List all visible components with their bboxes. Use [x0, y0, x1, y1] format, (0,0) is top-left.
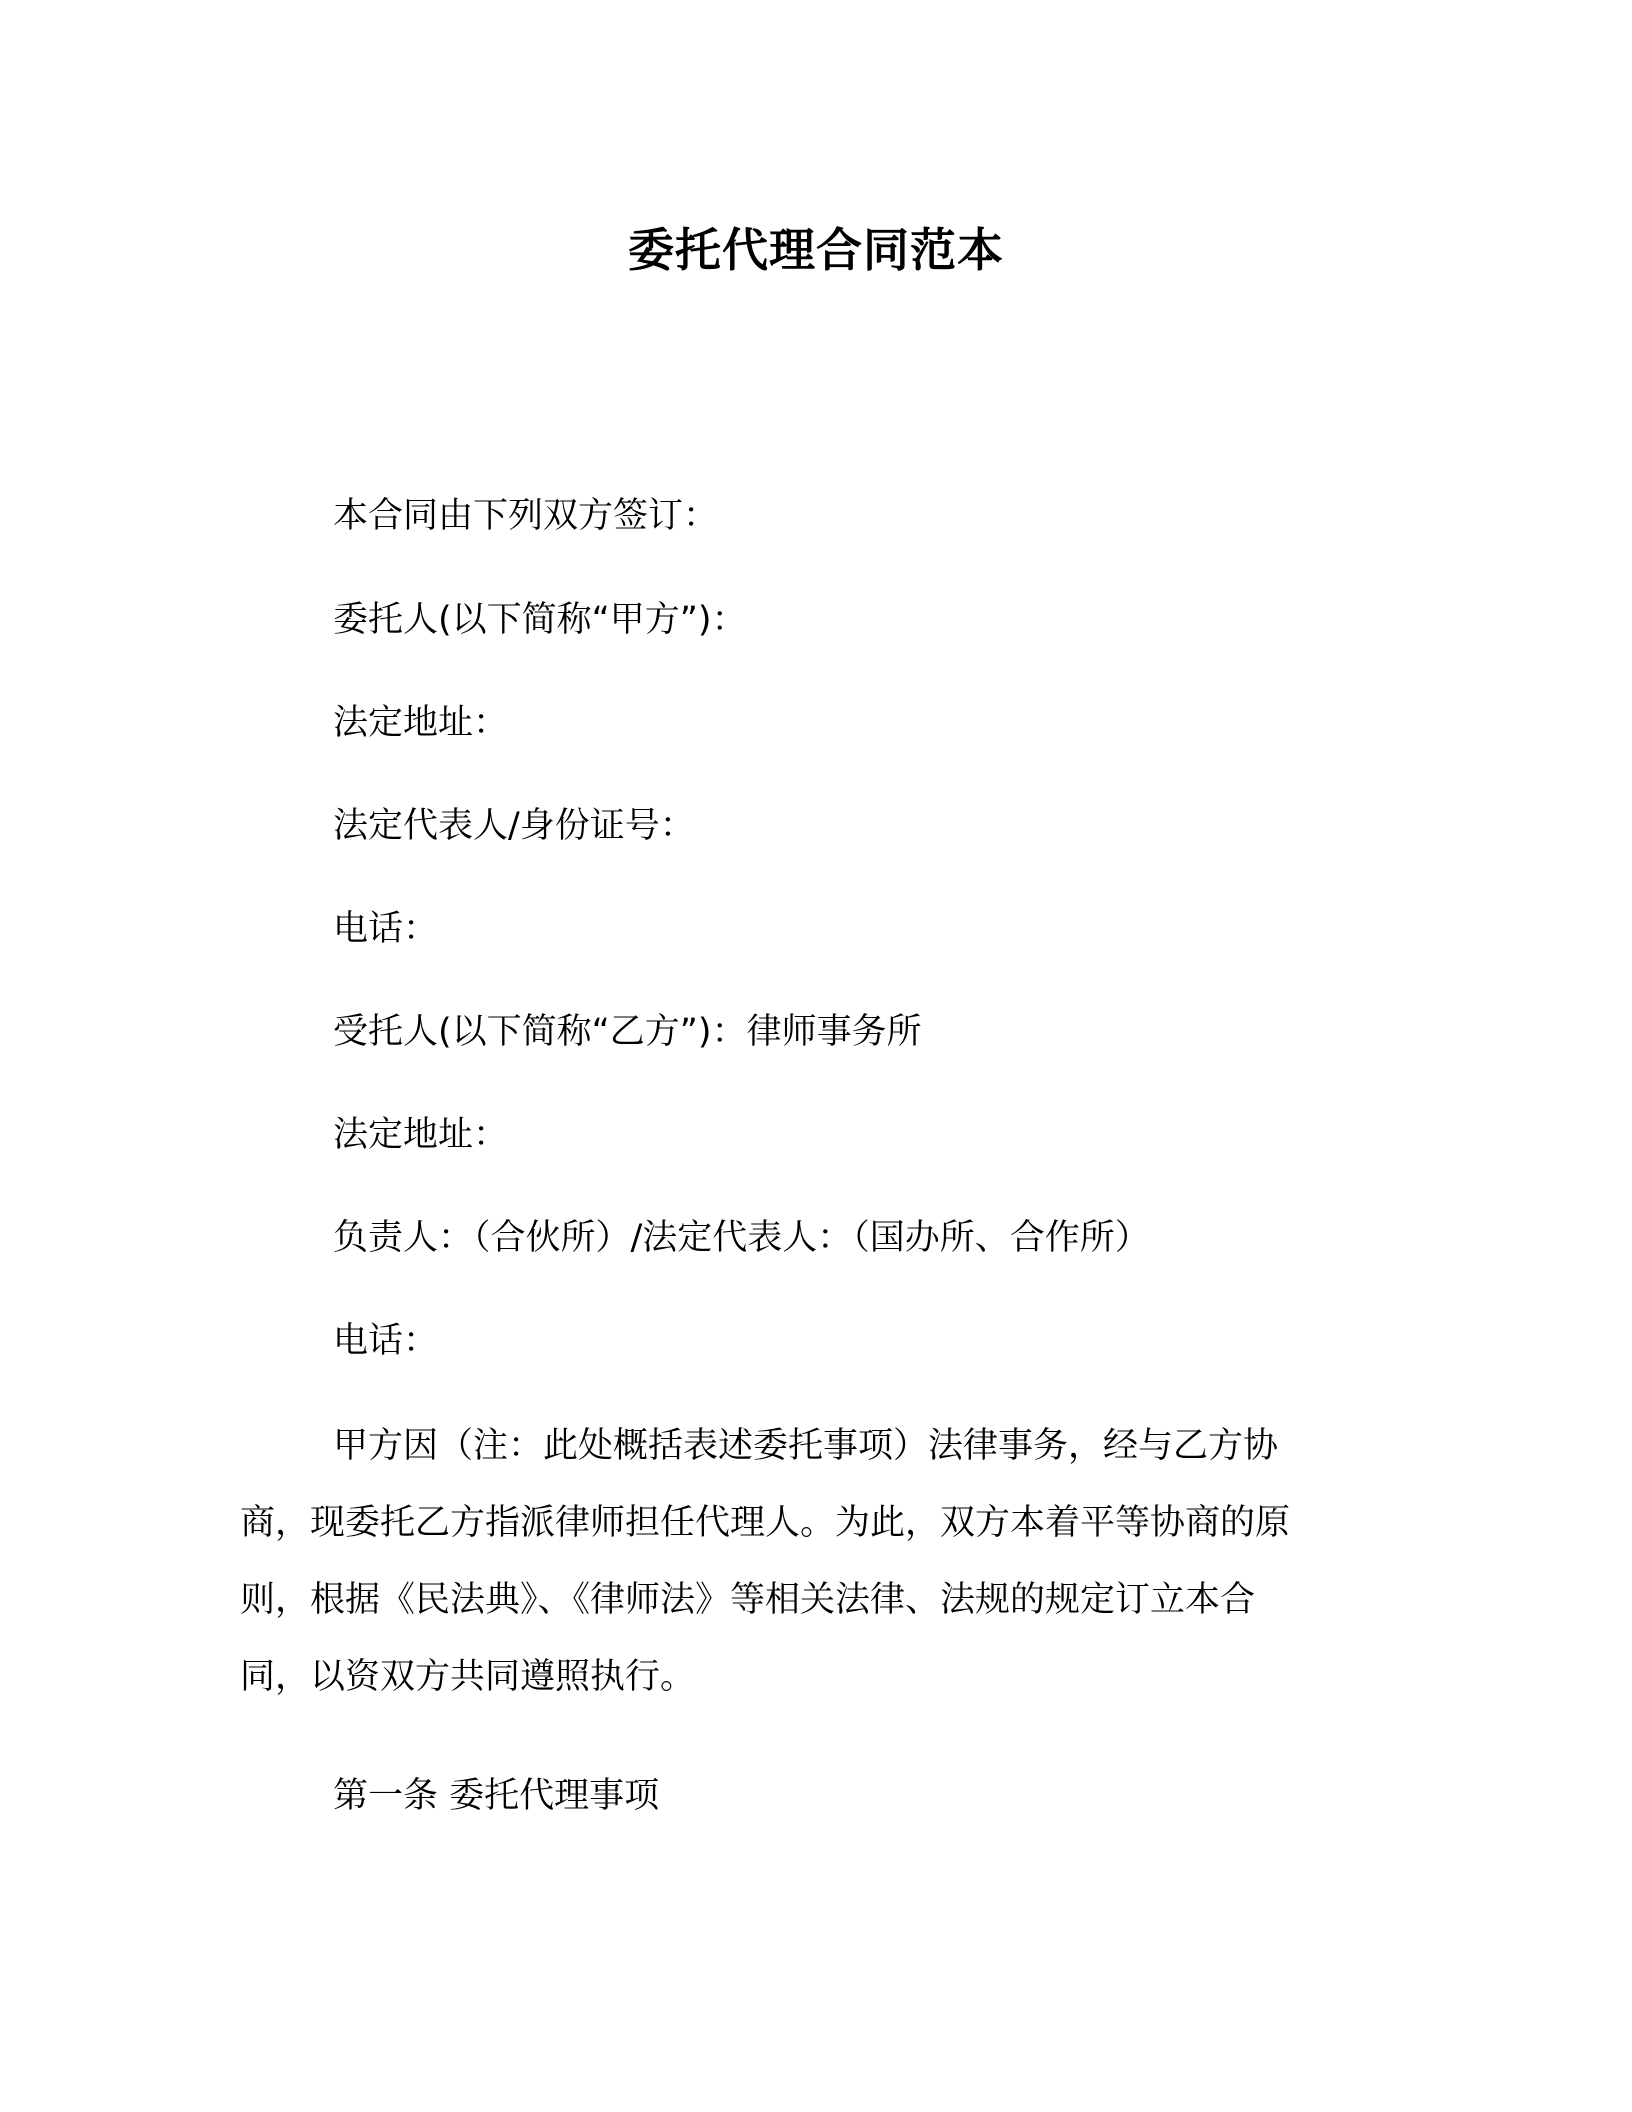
document-title: 委托代理合同范本	[0, 218, 1632, 282]
preamble-line: 则，根据《民法典》、《律师法》等相关法律、法规的规定订立本合	[240, 1576, 1370, 1653]
party-a-address-label: 法定地址：	[333, 699, 508, 747]
document-page: 委托代理合同范本 本合同由下列双方签订： 委托人(以下简称“甲方”)： 法定地址…	[0, 0, 1632, 2112]
party-b-representative-label: 负责人：（合伙所）/法定代表人：（国办所、合作所）	[333, 1214, 1150, 1262]
party-b-name: 律师事务所	[747, 1012, 922, 1052]
party-a-phone-label: 电话：	[333, 905, 438, 953]
preamble-line: 甲方因（注：此处概括表述委托事项）法律事务，经与乙方协	[240, 1422, 1370, 1499]
preamble-line: 同，以资双方共同遵照执行。	[240, 1653, 1370, 1730]
preamble-line: 商，现委托乙方指派律师担任代理人。为此，双方本着平等协商的原	[240, 1499, 1370, 1576]
party-a-label: 委托人(以下简称“甲方”)：	[333, 596, 747, 644]
party-b-address-label: 法定地址：	[333, 1111, 508, 1159]
party-b-line: 受托人(以下简称“乙方”)：律师事务所	[333, 1008, 922, 1056]
party-b-phone-label: 电话：	[333, 1317, 438, 1365]
section-heading: 第一条 委托代理事项	[333, 1772, 659, 1820]
party-a-representative-label: 法定代表人/身份证号：	[333, 802, 695, 850]
intro-line: 本合同由下列双方签订：	[333, 492, 718, 540]
preamble-paragraph: 甲方因（注：此处概括表述委托事项）法律事务，经与乙方协 商，现委托乙方指派律师担…	[240, 1422, 1370, 1730]
party-b-label: 受托人(以下简称“乙方”)：	[333, 1012, 747, 1052]
